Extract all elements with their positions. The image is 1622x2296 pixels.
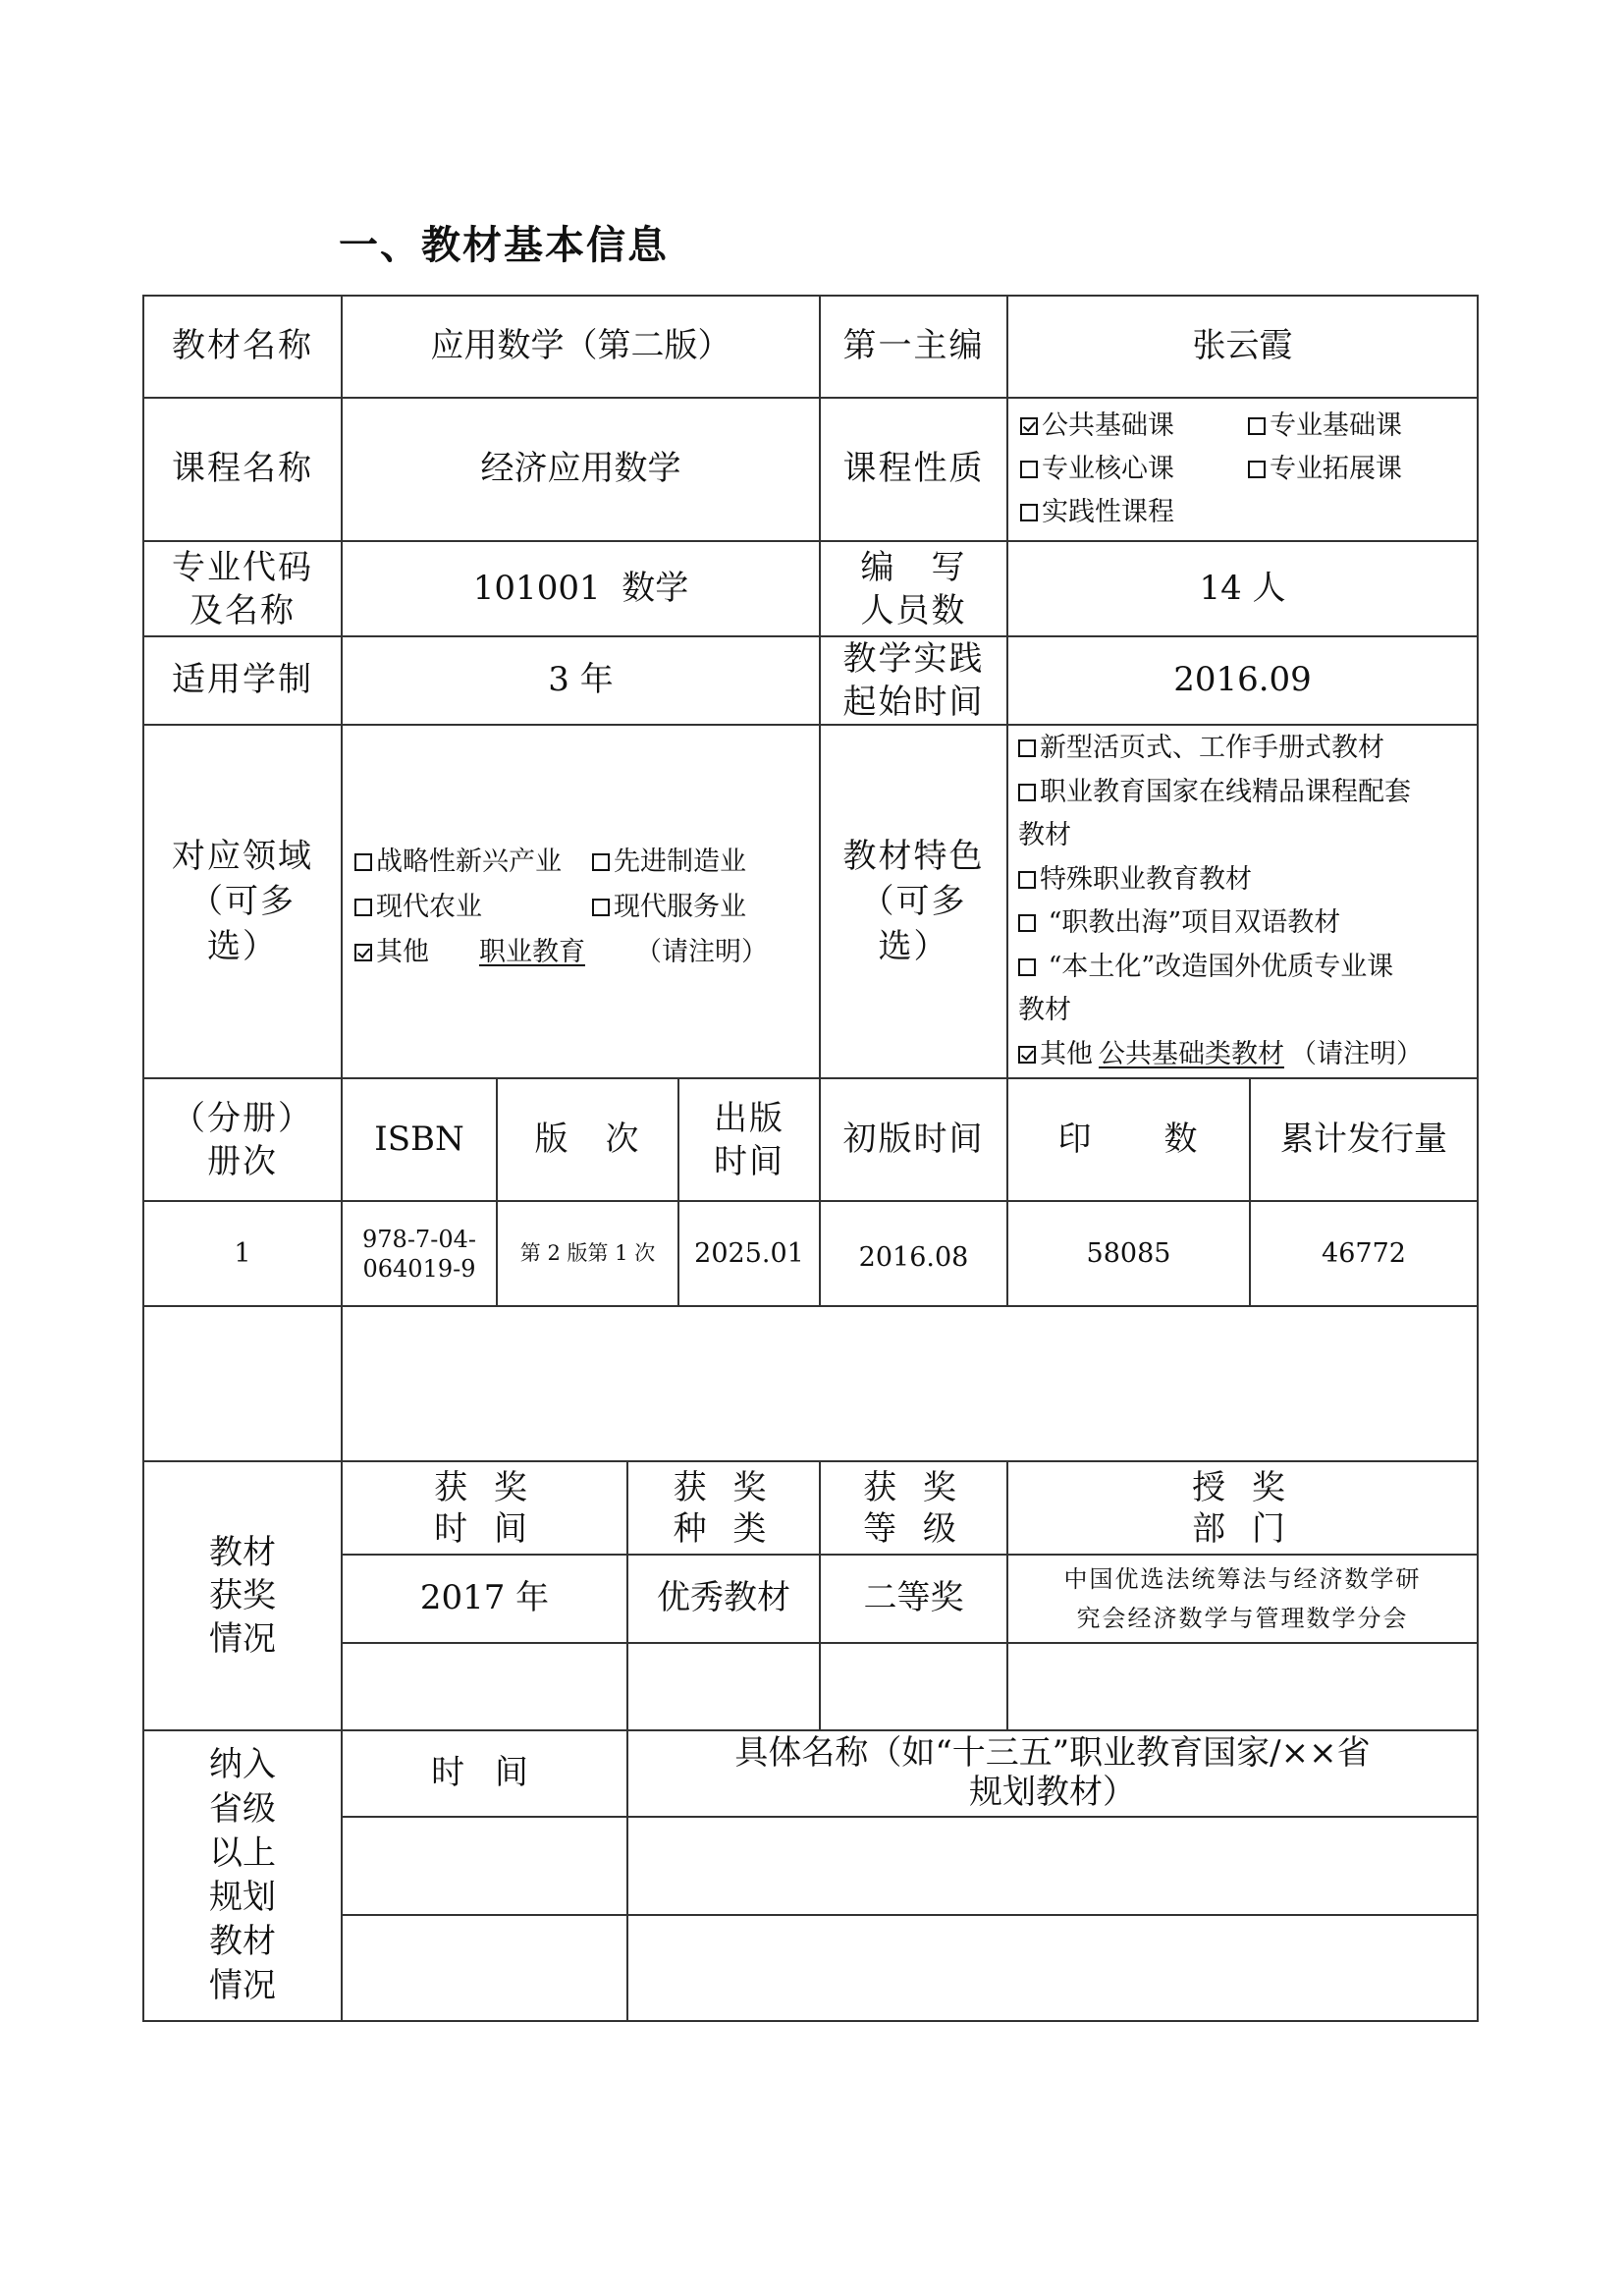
- field-option[interactable]: 现代服务业: [592, 885, 746, 930]
- award-time-header: 获 奖 时 间: [343, 1462, 626, 1554]
- checkbox-checked-icon[interactable]: [354, 944, 372, 961]
- feature-other-input[interactable]: 公共基础类教材: [1093, 1033, 1290, 1077]
- feature-option[interactable]: 新型活页式、工作手册式教材: [1018, 727, 1384, 771]
- edition-header: 版 次: [498, 1079, 677, 1200]
- checkbox-checked-icon[interactable]: [1018, 1046, 1036, 1064]
- textbook-name-label: 教材名称: [144, 297, 341, 397]
- pub-date-cell: 2025.01: [679, 1202, 819, 1305]
- course-type-option[interactable]: 专业拓展课: [1248, 448, 1402, 491]
- course-type-option[interactable]: 专业核心课: [1020, 448, 1248, 491]
- checkbox-icon[interactable]: [1018, 739, 1036, 757]
- checkbox-icon[interactable]: [1018, 914, 1036, 932]
- isbn-header: ISBN: [343, 1079, 496, 1200]
- major-label: 专业代码 及名称: [144, 542, 341, 635]
- volume-cell: 1: [144, 1202, 341, 1305]
- feature-option[interactable]: 职业教育国家在线精品课程配套: [1018, 771, 1411, 815]
- field-option-other[interactable]: 其他 职业教育 （请注明）: [354, 930, 768, 975]
- checkbox-icon[interactable]: [1018, 871, 1036, 889]
- pub-date-cell[interactable]: [679, 1307, 819, 1460]
- feature-option[interactable]: “本土化”改造国外优质专业课: [1018, 946, 1393, 990]
- planning-label: 纳入 省级 以上 规划 教材 情况: [144, 1731, 341, 2020]
- checkbox-icon[interactable]: [592, 899, 610, 916]
- first-pub-cell[interactable]: [821, 1307, 1006, 1460]
- planning-name-header: 具体名称（如“十三五”职业教育国家/××省 规划教材）: [628, 1731, 1477, 1816]
- textbook-name-value: 应用数学（第二版）: [343, 297, 819, 397]
- prints-header: 印 数: [1008, 1079, 1249, 1200]
- award-kind-cell: 优秀教材: [628, 1556, 819, 1642]
- planning-name-cell[interactable]: [628, 1916, 1477, 2020]
- feature-option[interactable]: 特殊职业教育教材: [1018, 858, 1252, 902]
- practice-start-value: 2016.09: [1008, 637, 1477, 724]
- awards-label: 教材 获奖 情况: [144, 1462, 341, 1729]
- total-header: 累计发行量: [1251, 1079, 1477, 1200]
- checkbox-icon[interactable]: [354, 853, 372, 871]
- system-label: 适用学制: [144, 637, 341, 724]
- award-dept-cell[interactable]: [1008, 1644, 1477, 1729]
- course-name-value: 经济应用数学: [343, 399, 819, 540]
- prints-cell[interactable]: [1008, 1307, 1249, 1460]
- total-cell[interactable]: [1251, 1307, 1477, 1460]
- edition-cell: 第 2 版第 1 次: [498, 1202, 677, 1305]
- planning-time-header: 时 间: [343, 1731, 626, 1816]
- planning-time-cell[interactable]: [343, 1818, 626, 1914]
- chief-editor-label: 第一主编: [821, 297, 1006, 397]
- features-options: 新型活页式、工作手册式教材 职业教育国家在线精品课程配套 教材 特殊职业教育教材…: [1008, 726, 1477, 1077]
- table-border: [142, 2020, 1479, 2022]
- checkbox-icon[interactable]: [1248, 417, 1266, 435]
- checkbox-icon[interactable]: [1020, 504, 1038, 521]
- course-name-label: 课程名称: [144, 399, 341, 540]
- first-pub-header: 初版时间: [821, 1079, 1006, 1200]
- authors-value: 14 人: [1008, 542, 1477, 635]
- checkbox-icon[interactable]: [592, 853, 610, 871]
- award-dept-header: 授 奖 部 门: [1008, 1462, 1477, 1554]
- fields-options: 战略性新兴产业 先进制造业 现代农业 现代服务业 其他 职业教育 （请注明）: [343, 726, 819, 1077]
- course-type-label: 课程性质: [821, 399, 1006, 540]
- checkbox-icon[interactable]: [354, 899, 372, 916]
- major-value: 101001 数学: [343, 542, 819, 635]
- planning-time-cell[interactable]: [343, 1916, 626, 2020]
- planning-name-cell[interactable]: [628, 1818, 1477, 1914]
- award-level-cell[interactable]: [821, 1644, 1006, 1729]
- volume-header: （分册） 册次: [144, 1079, 341, 1200]
- award-time-cell: 2017 年: [343, 1556, 626, 1642]
- feature-option[interactable]: “职教出海”项目双语教材: [1018, 902, 1340, 946]
- checkbox-checked-icon[interactable]: [1020, 417, 1038, 435]
- isbn-cell: 978-7-04- 064019-9: [343, 1202, 496, 1305]
- field-option[interactable]: 战略性新兴产业: [354, 840, 592, 885]
- course-type-options: 公共基础课 专业基础课 专业核心课 专业拓展课 实践性课程: [1008, 399, 1477, 540]
- award-kind-header: 获 奖 种 类: [628, 1462, 819, 1554]
- checkbox-icon[interactable]: [1018, 784, 1036, 801]
- edition-cell[interactable]: [498, 1307, 677, 1460]
- checkbox-icon[interactable]: [1018, 958, 1036, 976]
- field-option[interactable]: 现代农业: [354, 885, 592, 930]
- isbn-cell[interactable]: [343, 1307, 496, 1460]
- prints-cell: 58085: [1008, 1202, 1249, 1305]
- pub-date-header: 出版 时间: [679, 1079, 819, 1200]
- award-dept-cell: 中国优选法统筹法与经济数学研 究会经济数学与管理数学分会: [1008, 1556, 1477, 1642]
- table-border: [1477, 295, 1479, 2022]
- volume-cell[interactable]: [144, 1307, 341, 1460]
- course-type-option[interactable]: 公共基础课: [1020, 405, 1248, 448]
- course-type-option[interactable]: 实践性课程: [1020, 491, 1174, 534]
- field-other-input[interactable]: 职业教育: [429, 930, 635, 975]
- course-type-option[interactable]: 专业基础课: [1248, 405, 1402, 448]
- authors-label: 编 写 人员数: [821, 542, 1006, 635]
- checkbox-icon[interactable]: [1248, 461, 1266, 478]
- checkbox-icon[interactable]: [1020, 461, 1038, 478]
- chief-editor-value: 张云霞: [1008, 297, 1477, 397]
- award-level-cell: 二等奖: [821, 1556, 1006, 1642]
- practice-start-label: 教学实践 起始时间: [821, 637, 1006, 724]
- textbook-info-table: 教材名称 应用数学（第二版） 第一主编 张云霞 课程名称 经济应用数学 课程性质…: [0, 0, 1622, 2296]
- features-label: 教材特色 （可多 选）: [821, 726, 1006, 1077]
- feature-option-other[interactable]: 其他 公共基础类教材 （请注明）: [1018, 1033, 1423, 1077]
- award-kind-cell[interactable]: [628, 1644, 819, 1729]
- fields-label: 对应领域 （可多 选）: [144, 726, 341, 1077]
- first-pub-cell: 2016.08: [821, 1202, 1006, 1305]
- field-option[interactable]: 先进制造业: [592, 840, 746, 885]
- award-level-header: 获 奖 等 级: [821, 1462, 1006, 1554]
- total-cell: 46772: [1251, 1202, 1477, 1305]
- award-time-cell[interactable]: [343, 1644, 626, 1729]
- system-value: 3 年: [343, 637, 819, 724]
